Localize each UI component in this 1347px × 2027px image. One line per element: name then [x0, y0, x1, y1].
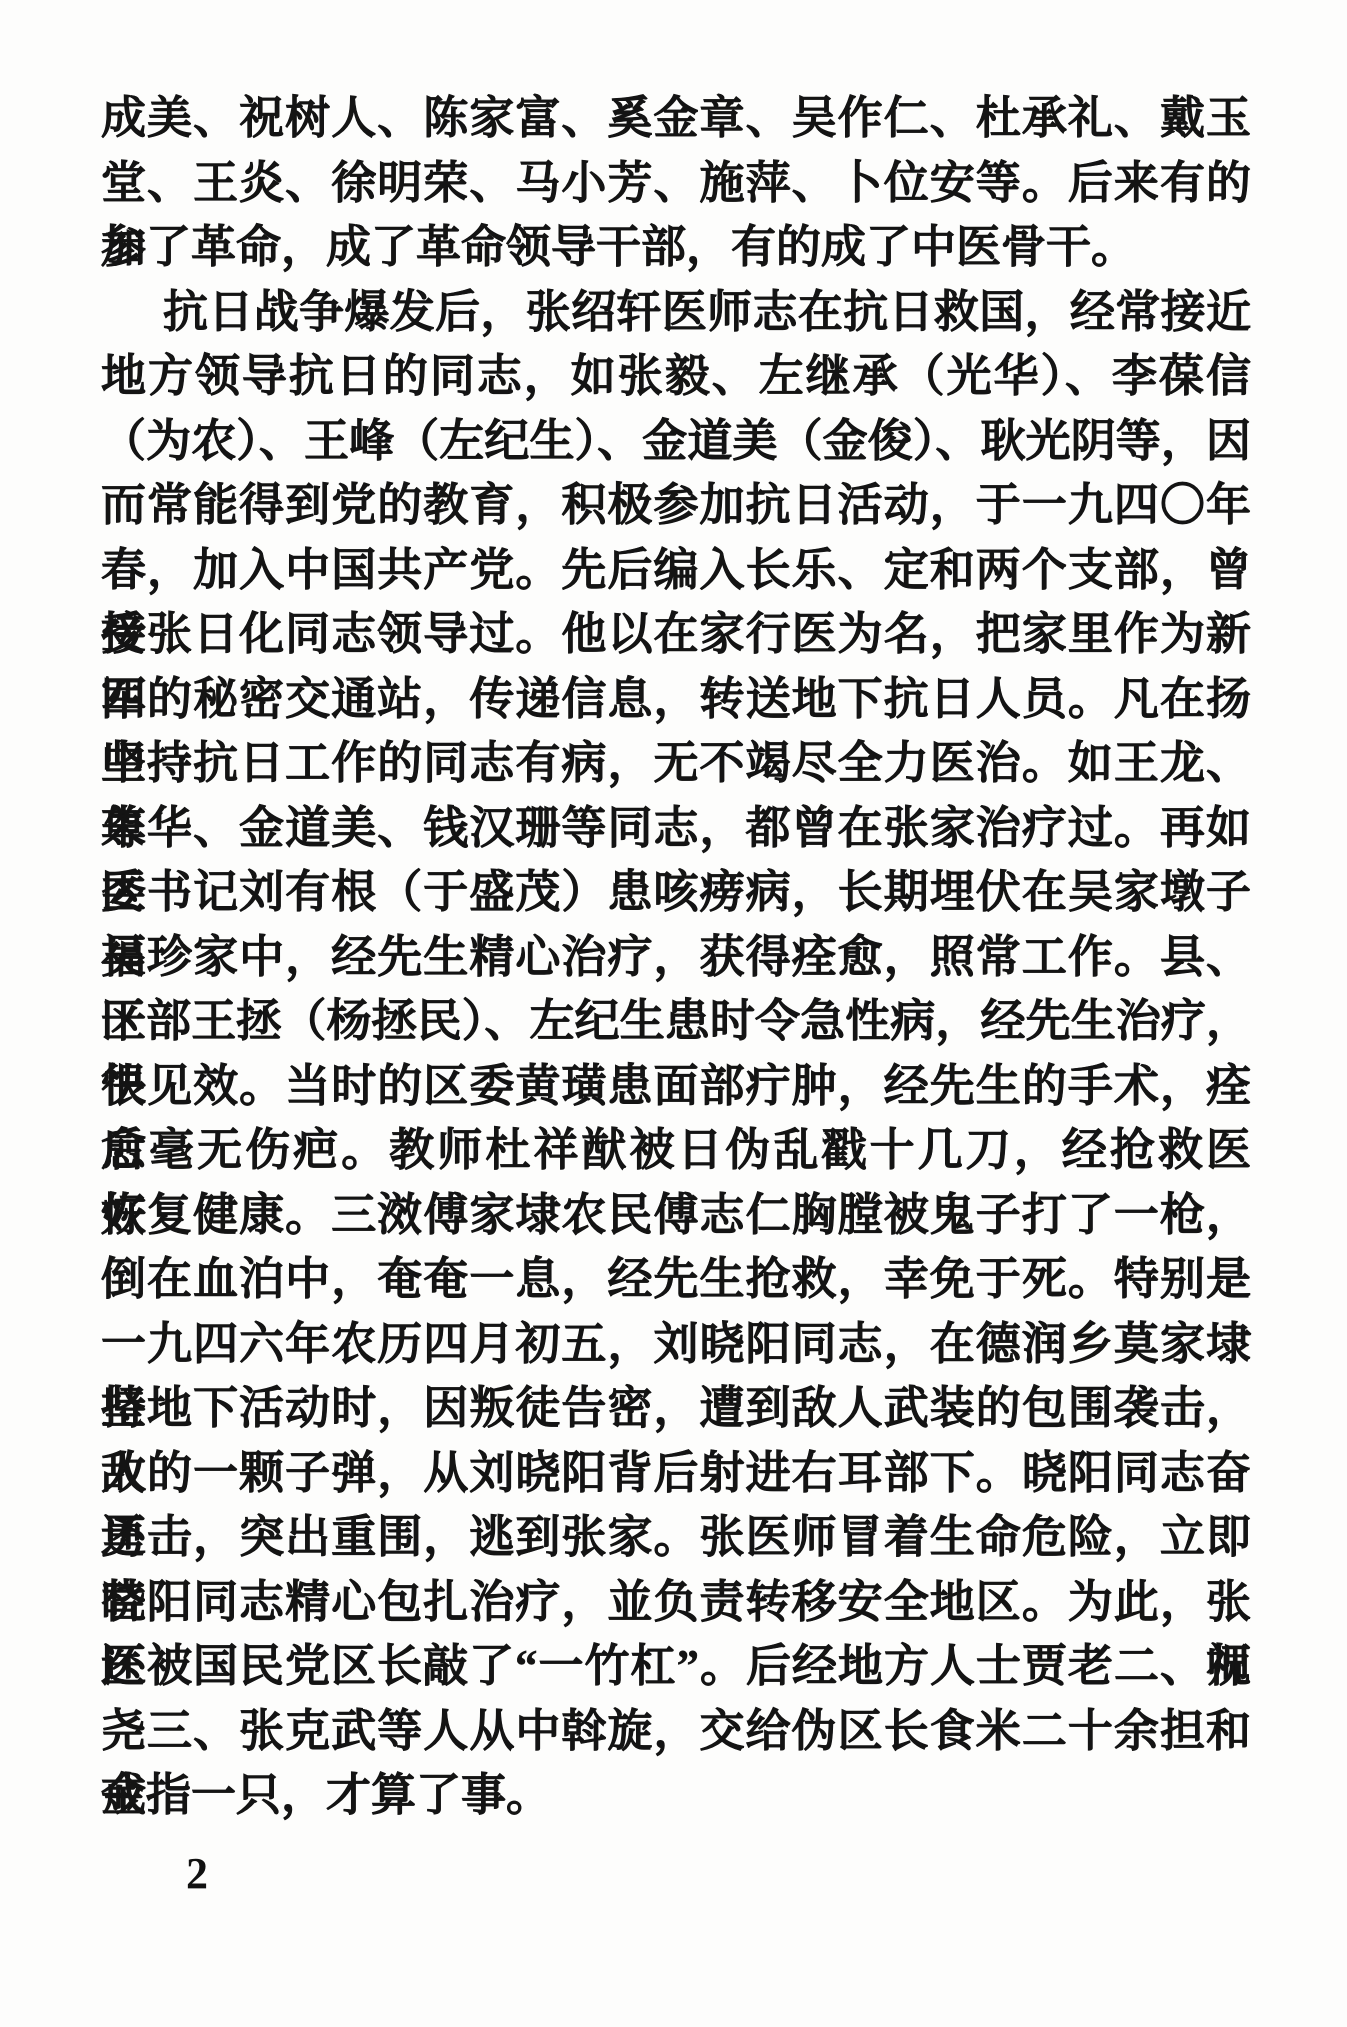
text-line: 福珍家中，经先生精心治疗，获得痊愈，照常工作。县、区	[101, 925, 1251, 990]
text-line: 快见效。当时的区委黄璜患面部疔肿，经先生的手术，痊愈	[101, 1054, 1251, 1119]
text-line: 而常能得到党的教育，积极参加抗日活动，于一九四〇年	[101, 473, 1251, 538]
text-line: 尊华、金道美、钱汉珊等同志，都曾在张家治疗过。再如区	[101, 796, 1251, 861]
text-line: 倒在血泊中，奄奄一息，经先生抢救，幸免于死。特别是	[101, 1247, 1251, 1312]
text-line: 还被国民党区长敲了“一竹杠”。后经地方人士贾老二、祝	[101, 1634, 1251, 1699]
text-line: 堂、王炎、徐明荣、马小芳、施萍、卜位安等。后来有的参	[101, 151, 1251, 216]
text-line: 还击，突出重围，逃到张家。张医师冒着生命危险，立即替	[101, 1505, 1251, 1570]
text-line: 坚持抗日工作的同志有病，无不竭尽全力医治。如王龙、朱	[101, 731, 1251, 796]
text-line: 后毫无伤疤。教师杜祥猷被日伪乱戳十几刀，经抢救医好，	[101, 1118, 1251, 1183]
text-line: 地方领导抗日的同志，如张毅、左继承（光华）、李葆信	[101, 344, 1251, 409]
text-line: 持地下活动时，因叛徒告密，遭到敌人武装的包围袭击，敌	[101, 1376, 1251, 1441]
text-line: 人的一颗子弹，从刘晓阳背后射进右耳部下。晓阳同志奋勇	[101, 1441, 1251, 1506]
text-line: 尧三、张克武等人从中斡旋，交给伪区长食米二十余担和金	[101, 1699, 1251, 1764]
text-line: 受张日化同志领导过。他以在家行医为名，把家里作为新四	[101, 602, 1251, 667]
text-line: 加了革命，成了革命领导干部，有的成了中医骨干。	[101, 215, 1251, 280]
text-line: （为农）、王峰（左纪生）、金道美（金俊）、耿光阴等，因	[101, 409, 1251, 474]
text-line: 恢复健康。三滧傅家埭农民傅志仁胸膛被鬼子打了一枪，	[101, 1183, 1251, 1248]
text-line: 晓阳同志精心包扎治疗，並负责转移安全地区。为此，张医师	[101, 1570, 1251, 1635]
text-line: 一九四六年农历四月初五，刘晓阳同志，在德润乡莫家埭坚	[101, 1312, 1251, 1377]
text-line: 成美、祝树人、陈家富、奚金章、吴作仁、杜承礼、戴玉	[101, 86, 1251, 151]
text-line: 干部王拯（杨拯民）、左纪生患时令急性病，经先生治疗，很	[101, 989, 1251, 1054]
text-line: 委书记刘有根（于盛茂）患咳痨病，长期埋伏在吴家墩子吴	[101, 860, 1251, 925]
page-number: 2	[186, 1848, 208, 1899]
text-line: 戒指一只，才算了事。	[101, 1763, 1251, 1828]
scanned-book-page: 成美、祝树人、陈家富、奚金章、吴作仁、杜承礼、戴玉 堂、王炎、徐明荣、马小芳、施…	[0, 0, 1347, 2027]
text-line: 军的秘密交通站，传递信息，转送地下抗日人员。凡在扬中	[101, 667, 1251, 732]
text-line: 春，加入中国共产党。先后编入长乐、定和两个支部，曾接	[101, 538, 1251, 603]
text-block: 成美、祝树人、陈家富、奚金章、吴作仁、杜承礼、戴玉 堂、王炎、徐明荣、马小芳、施…	[101, 86, 1251, 1828]
text-line: 抗日战争爆发后，张绍轩医师志在抗日救国，经常接近	[101, 280, 1251, 345]
